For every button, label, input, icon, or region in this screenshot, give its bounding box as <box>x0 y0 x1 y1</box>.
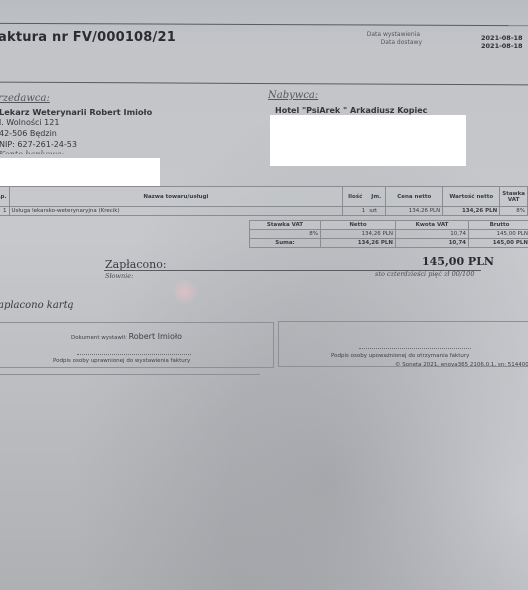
cell-vat-rate: 8% <box>500 207 528 216</box>
vat-col-net: Netto <box>321 221 396 230</box>
receiver-signature-box: Podpis osoby upoważnionej do otrzymania … <box>278 321 528 367</box>
buyer-heading: Nabywca: <box>268 90 318 101</box>
issuer-caption: Podpis osoby uprawnionej do wystawienia … <box>53 358 190 364</box>
col-unit-net: Cena netto <box>386 187 443 207</box>
issuer-label: Dokument wystawił: Robert Imioło <box>71 332 182 341</box>
col-name: Nazwa towaru/usługi <box>9 187 343 207</box>
vat-cell-net: 134,26 PLN <box>321 230 396 239</box>
seller-street: l. Wolności 121 <box>0 118 59 127</box>
col-qty: Ilość <box>343 187 368 207</box>
seller-heading: rzedawca: <box>0 93 50 104</box>
delivery-date-label: Data dostawy <box>342 39 422 46</box>
col-net-value: Wartość netto <box>443 187 500 207</box>
vat-col-gross: Brutto <box>469 221 528 230</box>
paper-shading <box>0 0 528 590</box>
issue-date-label: Data wystawienia <box>340 31 420 38</box>
table-row: 8% 134,26 PLN 10,74 145,00 PLN <box>250 230 528 239</box>
vat-cell-rate: 8% <box>250 230 321 239</box>
receiver-signature-line <box>359 348 471 349</box>
vat-col-vat: Kwota VAT <box>396 221 469 230</box>
buyer-name: Hotel "PsiArek " Arkadiusz Kopiec <box>275 106 427 115</box>
header-top-rule <box>0 23 528 26</box>
vat-sum-net: 134,26 PLN <box>321 239 396 248</box>
parties-rule <box>0 82 528 86</box>
table-row: 1 Usługa lekarsko-weterynaryjna (Krecik)… <box>0 207 528 216</box>
vat-cell-vat: 10,74 <box>396 230 469 239</box>
cell-name: Usługa lekarsko-weterynaryjna (Krecik) <box>9 207 343 216</box>
payment-method: aplacono kartą <box>0 300 74 311</box>
software-footer: © Soneta 2021, enova365 2106.0.1, sn: 51… <box>395 362 528 368</box>
col-vat-rate: Stawka VAT <box>500 187 528 207</box>
issuer-signature-line <box>77 354 191 355</box>
items-header-row: Lp. Nazwa towaru/usługi Ilość Jm. Cena n… <box>0 187 528 207</box>
items-table: Lp. Nazwa towaru/usługi Ilość Jm. Cena n… <box>0 186 528 216</box>
seller-city: 42-506 Będzin <box>0 129 57 138</box>
vat-sum-label: Suma: <box>250 239 321 248</box>
vat-sum-row: Suma: 134,26 PLN 10,74 145,00 PLN <box>250 239 528 248</box>
seller-name: Lekarz Weterynarii Robert Imioło <box>0 107 152 117</box>
issuer-name: Robert Imioło <box>129 332 183 341</box>
delivery-date: 2021-08-18 <box>481 42 523 50</box>
cell-unit: szt <box>367 207 386 216</box>
words-value: sto czterdzieści pięć zł 00/100 <box>375 270 474 278</box>
vat-sum-gross: 145,00 PLN <box>469 239 528 248</box>
paid-amount: 145,00 PLN <box>422 255 494 268</box>
issue-date: 2021-08-18 <box>481 34 523 42</box>
seller-nip: NIP: 627-261-24-53 <box>0 140 77 149</box>
redacted-seller-bank <box>0 158 160 187</box>
invoice-title: aktura nr FV/000108/21 <box>0 30 176 45</box>
vat-sum-vat: 10,74 <box>396 239 469 248</box>
redacted-buyer-address <box>270 115 466 166</box>
words-label: Słownie: <box>105 272 133 280</box>
bottom-rule <box>0 374 260 375</box>
col-lp: Lp. <box>0 187 9 207</box>
vat-col-rate: Stawka VAT <box>250 221 321 230</box>
vat-header-row: Stawka VAT Netto Kwota VAT Brutto <box>250 221 528 230</box>
issuer-label-text: Dokument wystawił: <box>71 335 127 341</box>
issuer-signature-box: Dokument wystawił: Robert Imioło Podpis … <box>0 322 274 368</box>
col-unit: Jm. <box>367 187 386 207</box>
vat-cell-gross: 145,00 PLN <box>469 230 528 239</box>
cell-qty: 1 <box>343 207 368 216</box>
receiver-caption: Podpis osoby upoważnionej do otrzymania … <box>331 353 469 359</box>
cell-net-value: 134,26 PLN <box>443 207 500 216</box>
cell-lp: 1 <box>0 207 9 216</box>
vat-summary-table: Stawka VAT Netto Kwota VAT Brutto 8% 134… <box>249 220 528 248</box>
cell-unit-net: 134,26 PLN <box>386 207 443 216</box>
